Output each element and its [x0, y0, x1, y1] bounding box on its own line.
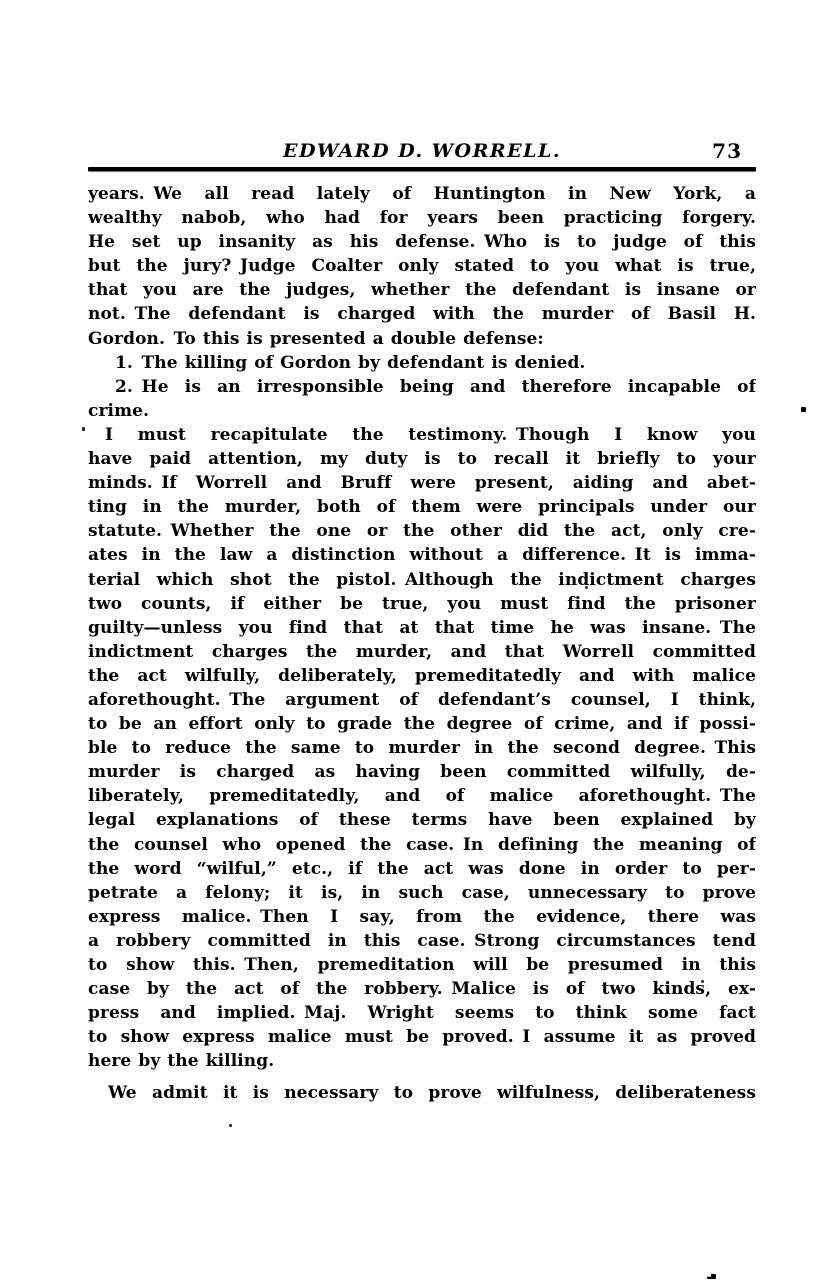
- text-line: terial which shot the pistol. Although t…: [88, 568, 756, 592]
- text-line: to be an effort only to grade the degree…: [88, 712, 756, 736]
- text-line: not. The defendant is charged with the m…: [88, 302, 756, 326]
- text-line-numbered-2: 2. He is an irresponsible being and ther…: [88, 375, 756, 399]
- body-text: years. We all read lately of Huntington …: [88, 182, 756, 1106]
- text-line-numbered-1: 1. The killing of Gordon by defendant is…: [88, 351, 756, 375]
- text-line: two counts, if either be true, you must …: [88, 592, 756, 616]
- text-line: ble to reduce the same to murder in the …: [88, 736, 756, 760]
- book-page: EDWARD D. WORRELL. 73 years. We all read…: [0, 0, 836, 1284]
- text-line: case by the act of the robbery. Malice i…: [88, 977, 756, 1001]
- text-line: a robbery committed in this case. Strong…: [88, 929, 756, 953]
- text-line: that you are the judges, whether the def…: [88, 278, 756, 302]
- text-line: express malice. Then I say, from the evi…: [88, 905, 756, 929]
- ink-speck: [82, 427, 85, 431]
- text-line: petrate a felony; it is, in such case, u…: [88, 881, 756, 905]
- text-line: liberately, premeditatedly, and of malic…: [88, 784, 756, 808]
- ink-speck: [707, 1274, 716, 1279]
- text-line: indictment charges the murder, and that …: [88, 640, 756, 664]
- text-line: years. We all read lately of Huntington …: [88, 182, 756, 206]
- text-line: crime.: [88, 399, 756, 423]
- text-line-paragraph-end: here by the killing.: [88, 1049, 756, 1073]
- text-line: to show express malice must be proved. I…: [88, 1025, 756, 1049]
- text-line: guilty—unless you find that at that time…: [88, 616, 756, 640]
- ink-speck: [585, 586, 588, 589]
- text-line: Gordon. To this is presented a double de…: [88, 327, 756, 351]
- text-line: statute. Whether the one or the other di…: [88, 519, 756, 543]
- text-line-paragraph-start: We admit it is necessary to prove wilful…: [88, 1081, 756, 1105]
- text-column: EDWARD D. WORRELL. 73 years. We all read…: [88, 138, 756, 1106]
- text-line: aforethought. The argument of defendant’…: [88, 688, 756, 712]
- text-line: minds. If Worrell and Bruff were present…: [88, 471, 756, 495]
- text-line: ting in the murder, both of them were pr…: [88, 495, 756, 519]
- page-title: EDWARD D. WORRELL.: [88, 138, 756, 164]
- text-line-paragraph-start: I must recapitulate the testimony. Thoug…: [88, 423, 756, 447]
- text-line: to show this. Then, premeditation will b…: [88, 953, 756, 977]
- text-line: but the jury? Judge Coalter only stated …: [88, 254, 756, 278]
- text-line: legal explanations of these terms have b…: [88, 808, 756, 832]
- text-line: have paid attention, my duty is to recal…: [88, 447, 756, 471]
- text-line: the counsel who opened the case. In defi…: [88, 833, 756, 857]
- text-line: wealthy nabob, who had for years been pr…: [88, 206, 756, 230]
- ink-speck: [229, 1124, 232, 1127]
- text-line: He set up insanity as his defense. Who i…: [88, 230, 756, 254]
- page-number: 73: [712, 138, 742, 164]
- text-line: the word “wilful,” etc., if the act was …: [88, 857, 756, 881]
- ink-speck: [701, 980, 704, 983]
- text-line: murder is charged as having been committ…: [88, 760, 756, 784]
- text-line: ates in the law a distinction without a …: [88, 543, 756, 567]
- header-rule: [88, 167, 756, 171]
- running-head: EDWARD D. WORRELL. 73: [88, 138, 756, 164]
- ink-speck: [801, 407, 806, 412]
- text-line: the act wilfully, deliberately, premedit…: [88, 664, 756, 688]
- text-line: press and implied. Maj. Wright seems to …: [88, 1001, 756, 1025]
